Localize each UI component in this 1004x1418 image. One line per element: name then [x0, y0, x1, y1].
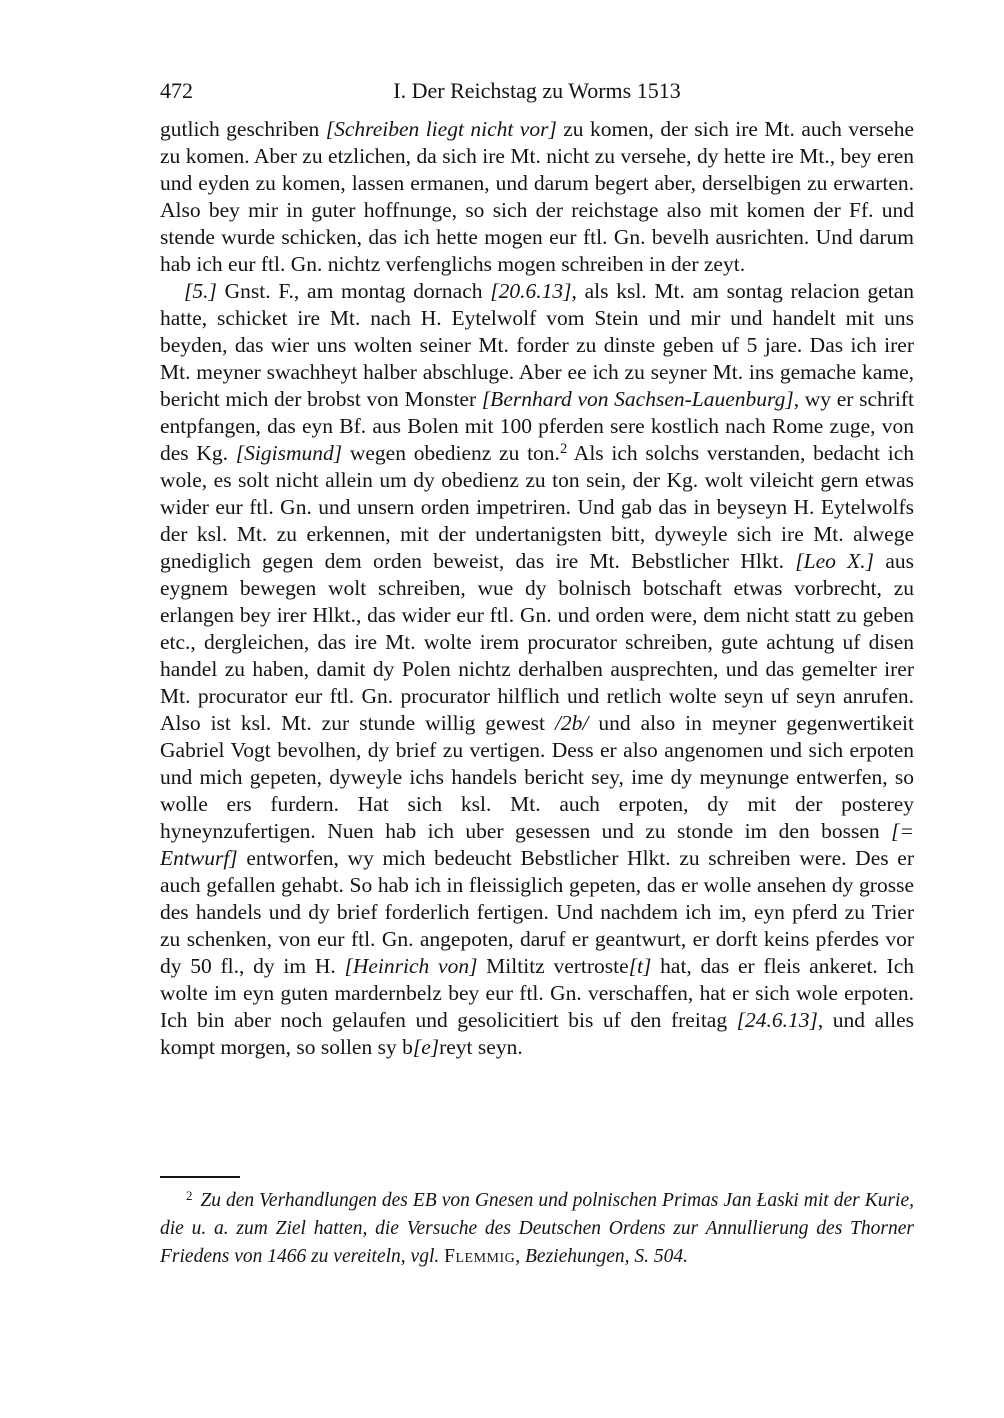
- text-run: gutlich geschriben: [160, 117, 326, 141]
- text-run: [e]: [413, 1035, 439, 1059]
- paragraph: [5.] Gnst. F., am montag dornach [20.6.1…: [160, 278, 914, 1061]
- text-run: [t]: [629, 954, 652, 978]
- text-run: Gnst. F., am montag dornach: [217, 279, 490, 303]
- text-run: [Schreiben liegt nicht vor]: [326, 117, 557, 141]
- text-run: [Leo X.]: [795, 549, 874, 573]
- text-run: Miltitz vertroste: [477, 954, 628, 978]
- footnote-reference: 2: [560, 441, 567, 457]
- page-number: 472: [160, 78, 193, 104]
- book-page: 472 I. Der Reichstag zu Worms 1513 gutli…: [0, 0, 1004, 1418]
- text-run: wegen obedienz zu ton.: [342, 441, 560, 465]
- footnote: 2Zu den Verhandlungen des EB von Gnesen …: [160, 1187, 914, 1271]
- text-run: [Bernhard von Sachsen-Lauenburg]: [482, 387, 794, 411]
- text-run: [Heinrich von]: [344, 954, 477, 978]
- footnote-rule: [160, 1176, 240, 1178]
- text-run: /2b/: [555, 711, 588, 735]
- footnote-list: 2Zu den Verhandlungen des EB von Gnesen …: [160, 1187, 914, 1271]
- footnote-marker: 2: [186, 1189, 192, 1203]
- body-text: gutlich geschriben [Schreiben liegt nich…: [160, 116, 914, 1061]
- text-run: , Beziehungen, S. 504.: [515, 1246, 688, 1267]
- text-run: [5.]: [184, 279, 217, 303]
- text-run: aus eygnem bewegen wolt schreiben, wue d…: [160, 549, 914, 735]
- footnote-block: 2Zu den Verhandlungen des EB von Gnesen …: [160, 1176, 914, 1271]
- text-run: [Sigismund]: [236, 441, 342, 465]
- text-run: [24.6.13]: [737, 1008, 818, 1032]
- paragraph: gutlich geschriben [Schreiben liegt nich…: [160, 116, 914, 278]
- text-run: Flemmig: [444, 1246, 515, 1267]
- text-run: [20.6.13]: [490, 279, 571, 303]
- text-run: reyt seyn.: [439, 1035, 523, 1059]
- page-header: 472 I. Der Reichstag zu Worms 1513: [160, 78, 914, 104]
- running-head: I. Der Reichstag zu Worms 1513: [160, 78, 914, 104]
